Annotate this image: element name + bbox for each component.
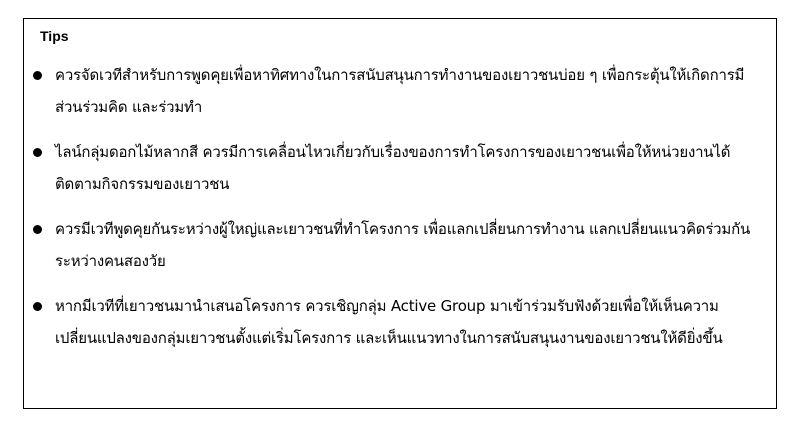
tip-text: ควรมีเวทีพูดคุยกันระหว่างผู้ใหญ่และเยาวช… (55, 220, 750, 270)
bullet-icon (33, 225, 42, 234)
tips-list-item: ควรจัดเวทีสำหรับการพูดคุยเพื่อหาทิศทางใน… (24, 59, 776, 123)
tips-list: ควรจัดเวทีสำหรับการพูดคุยเพื่อหาทิศทางใน… (24, 59, 776, 367)
tips-box: Tips ควรจัดเวทีสำหรับการพูดคุยเพื่อหาทิศ… (23, 18, 777, 409)
tips-title: Tips (40, 28, 69, 44)
bullet-icon (33, 148, 42, 157)
tip-text: หากมีเวทีที่เยาวชนมานำเสนอโครงการ ควรเชิ… (55, 297, 723, 347)
bullet-icon (33, 71, 42, 80)
tips-list-item: ไลน์กลุ่มดอกไม้หลากสี ควรมีการเคลื่อนไหว… (24, 136, 776, 200)
tip-text: ไลน์กลุ่มดอกไม้หลากสี ควรมีการเคลื่อนไหว… (55, 143, 730, 193)
tip-text: ควรจัดเวทีสำหรับการพูดคุยเพื่อหาทิศทางใน… (55, 66, 744, 116)
tips-list-item: ควรมีเวทีพูดคุยกันระหว่างผู้ใหญ่และเยาวช… (24, 213, 776, 277)
bullet-icon (33, 302, 42, 311)
tips-list-item: หากมีเวทีที่เยาวชนมานำเสนอโครงการ ควรเชิ… (24, 290, 776, 354)
